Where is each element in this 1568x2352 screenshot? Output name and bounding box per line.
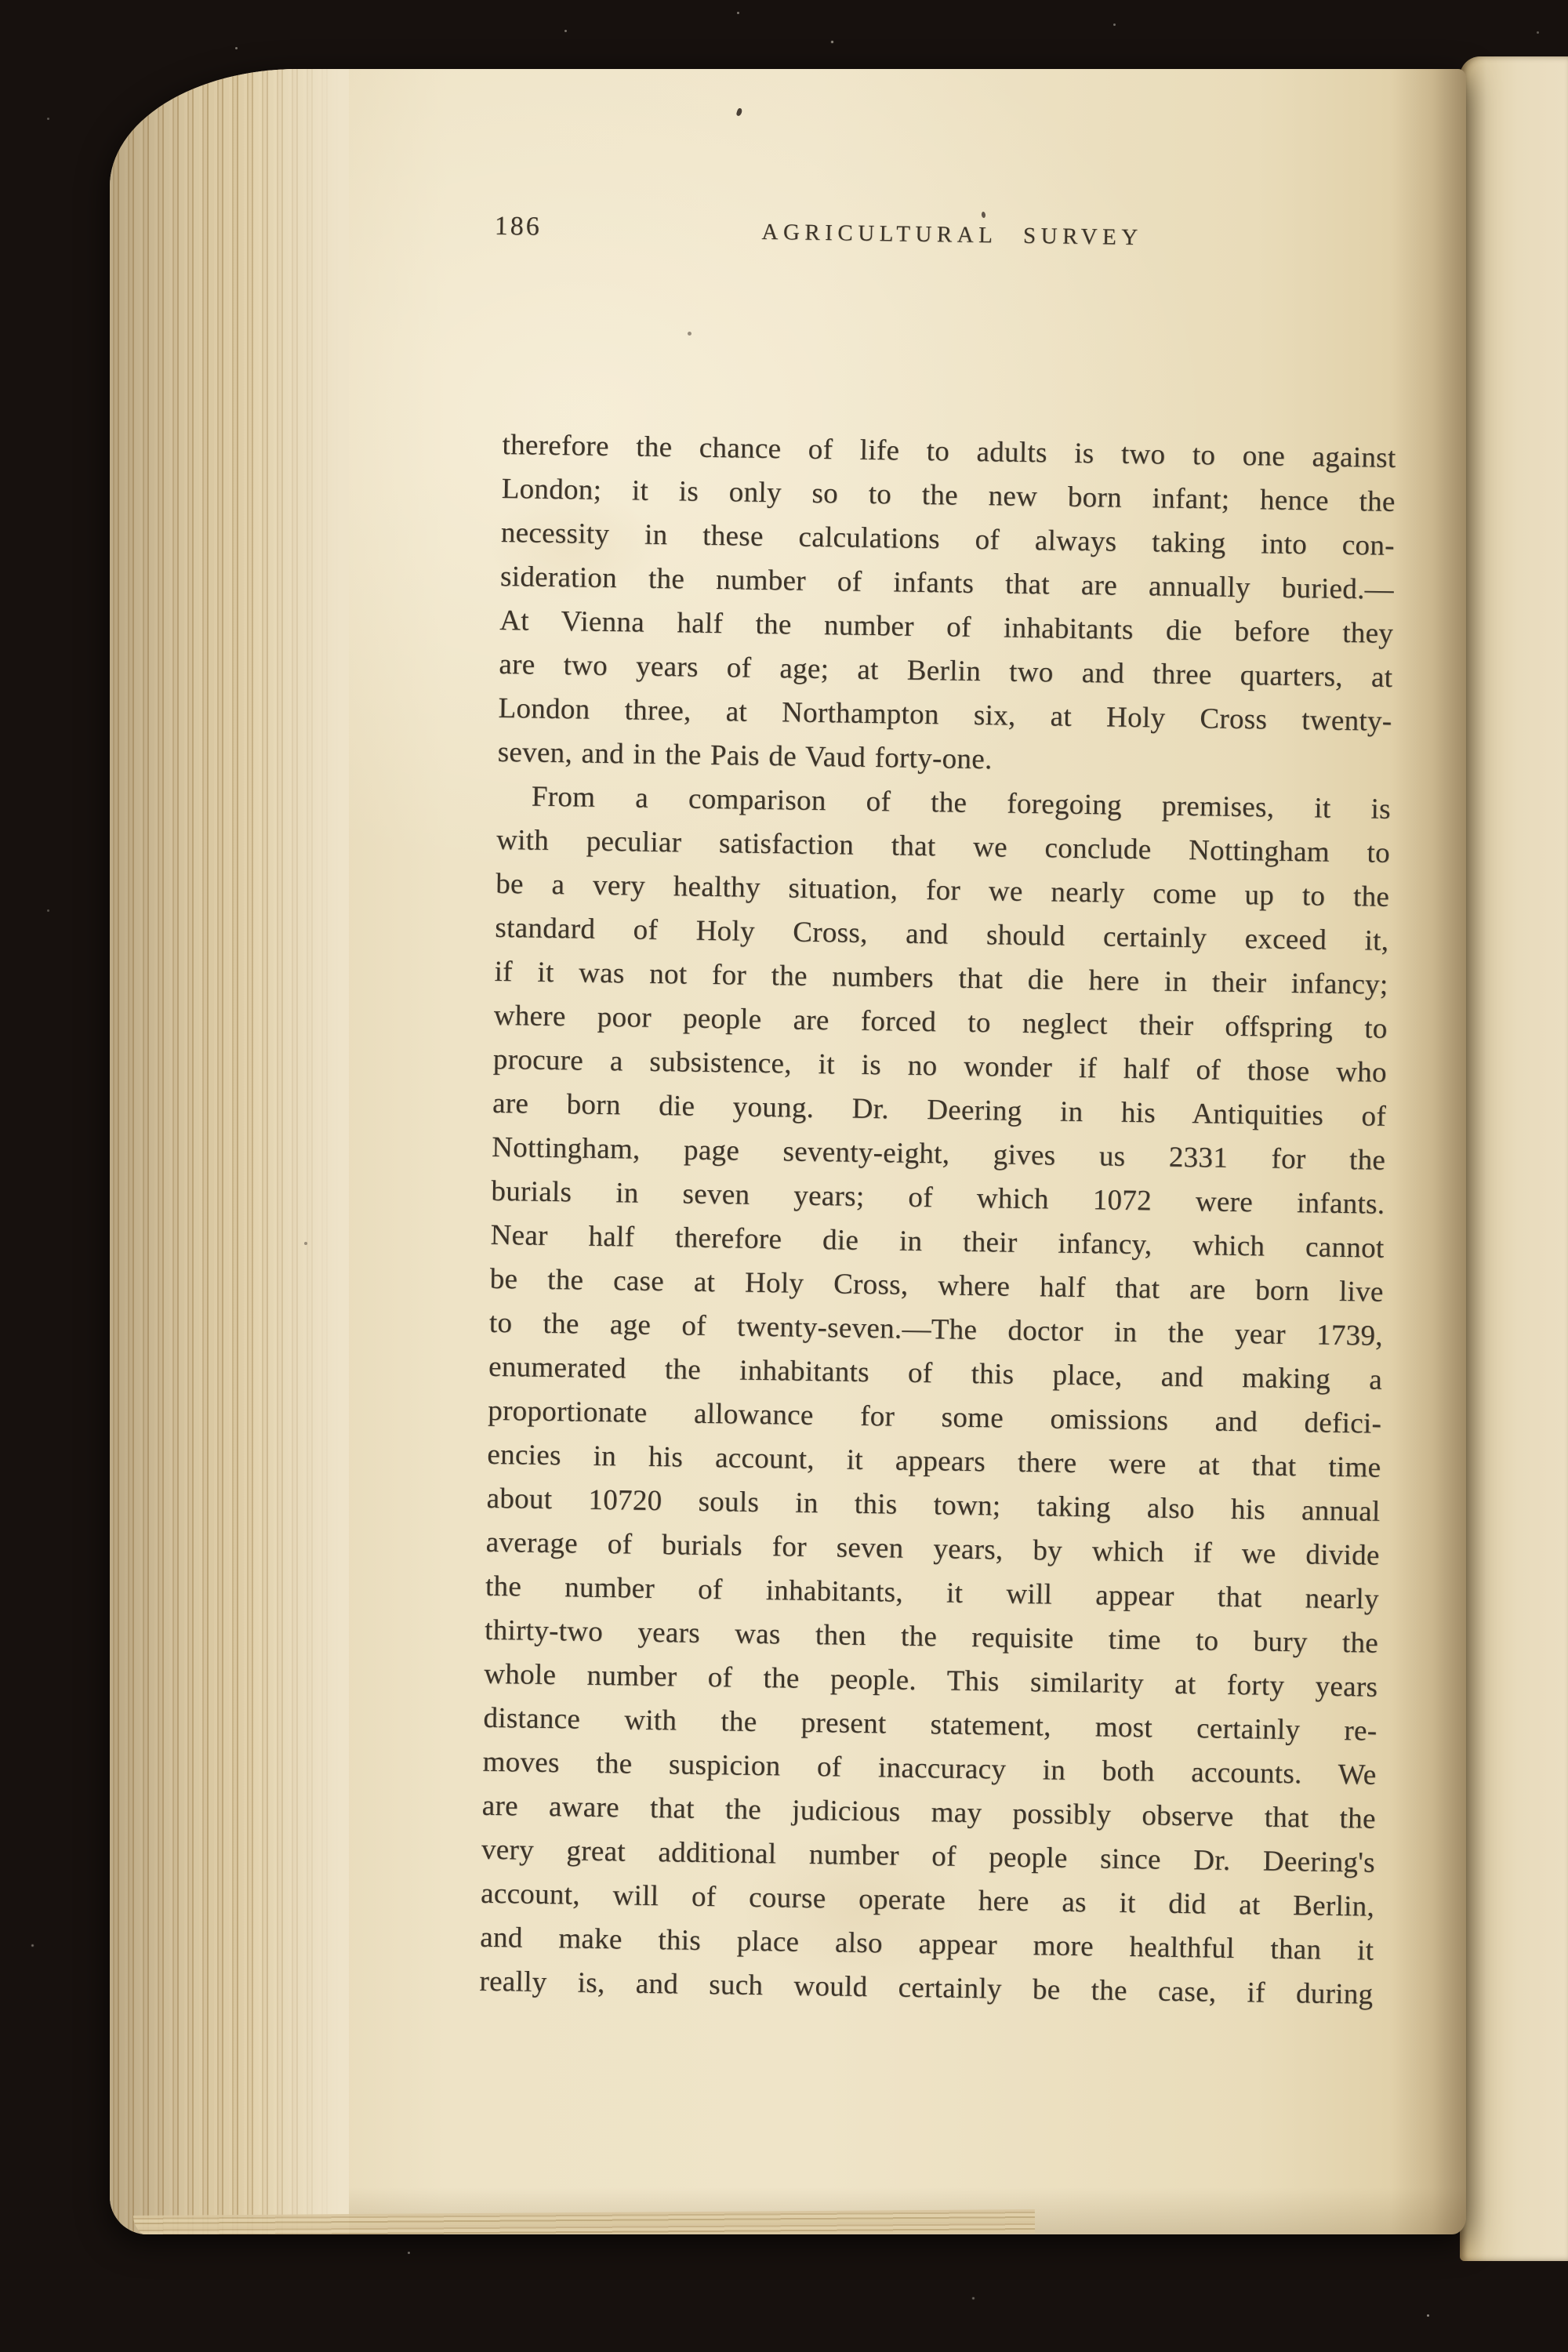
facing-page-edge — [1460, 56, 1568, 2261]
page-header: 186 AGRICULTURAL SURVEY — [505, 212, 1399, 260]
page-number: 186 — [494, 212, 542, 242]
body-text: therefore the chance of life to adults i… — [479, 423, 1396, 2017]
page-text-block: 186 AGRICULTURAL SURVEY therefore the ch… — [479, 212, 1399, 2017]
ink-speck — [981, 212, 985, 219]
ink-speck — [736, 107, 743, 116]
book-scan: 186 AGRICULTURAL SURVEY therefore the ch… — [0, 0, 1568, 2352]
page-edge-stack — [110, 69, 349, 2234]
dust-specks — [235, 47, 238, 49]
book-page: 186 AGRICULTURAL SURVEY therefore the ch… — [110, 69, 1466, 2234]
ink-speck — [304, 1242, 307, 1245]
running-header: AGRICULTURAL SURVEY — [761, 220, 1143, 251]
